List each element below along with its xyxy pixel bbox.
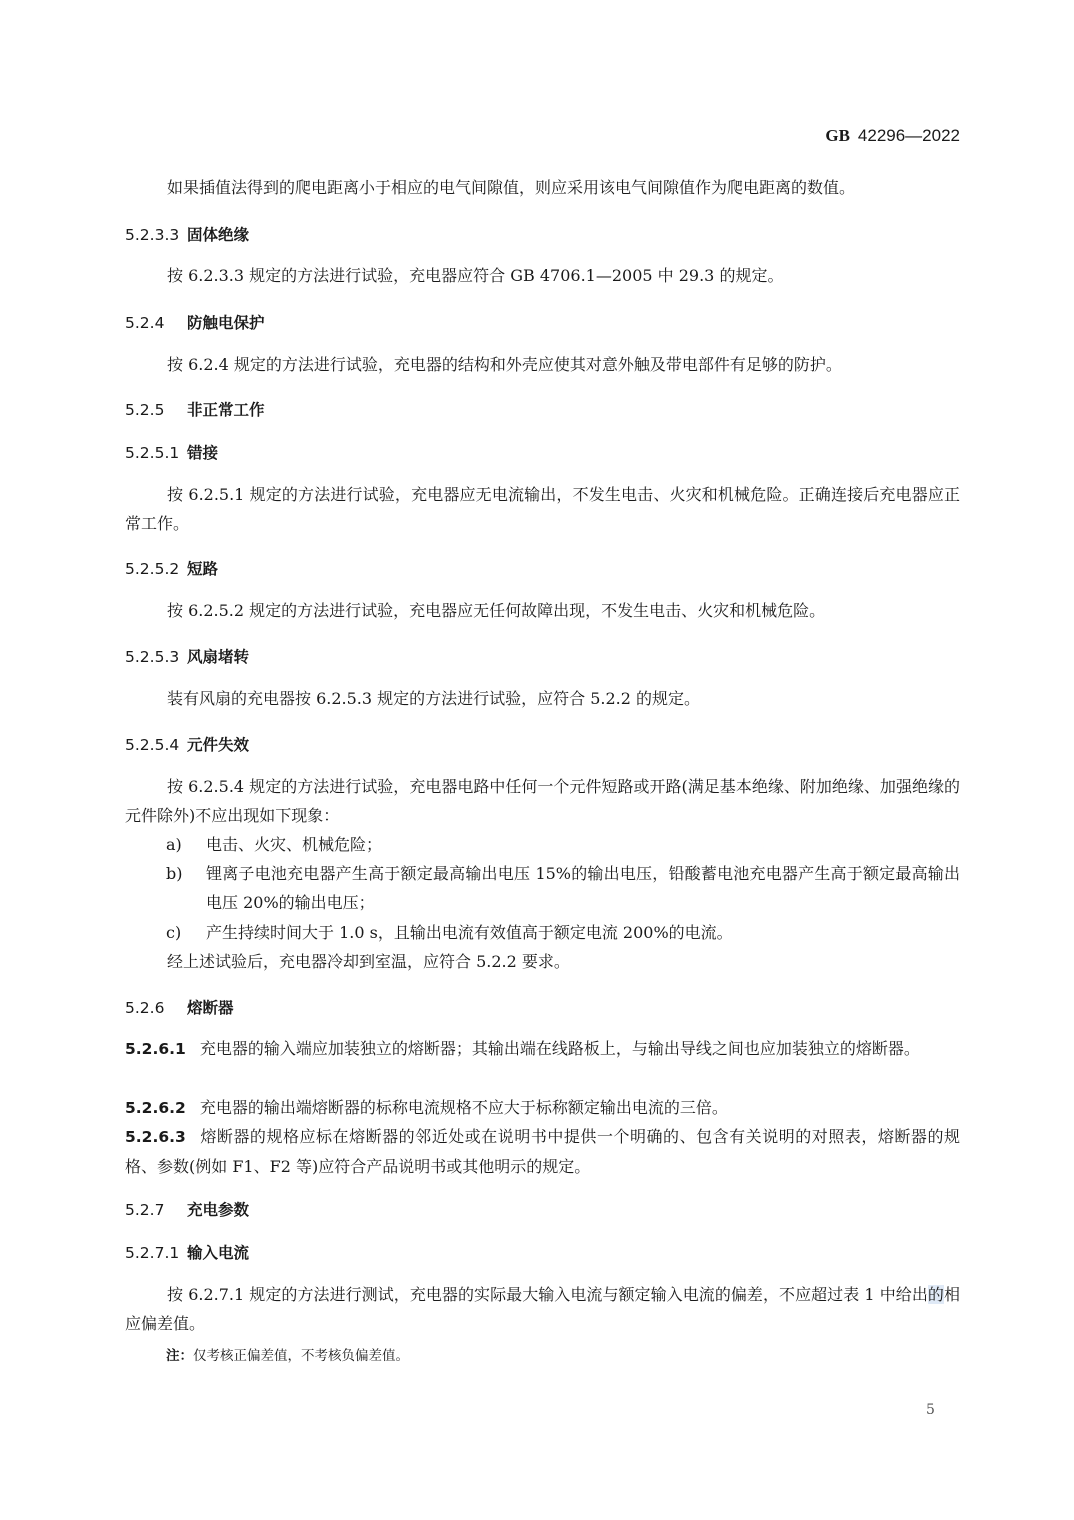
heading-title: 熔断器 (187, 999, 234, 1017)
heading-number: 5.2.5.2 (125, 560, 187, 578)
clause-number: 5.2.6.1 (125, 1040, 186, 1058)
heading-number: 5.2.7.1 (125, 1244, 187, 1262)
paragraph-5233: 按 6.2.3.3 规定的方法进行试验，充电器应符合 GB 4706.1—200… (125, 261, 960, 290)
list-text: 锂离子电池充电器产生高于额定最高输出电压 15%的输出电压，铅酸蓄电池充电器产生… (206, 859, 960, 917)
heading-527: 5.2.7充电参数 (125, 1198, 960, 1220)
paragraph-5252: 按 6.2.5.2 规定的方法进行试验，充电器应无任何故障出现，不发生电击、火灾… (125, 596, 960, 625)
heading-5233: 5.2.3.3固体绝缘 (125, 223, 960, 245)
heading-number: 5.2.5.1 (125, 444, 187, 462)
heading-number: 5.2.3.3 (125, 226, 187, 244)
clause-5261: 5.2.6.1充电器的输入端应加装独立的熔断器；其输出端在线路板上，与输出导线之… (125, 1034, 960, 1064)
paragraph-5271[interactable]: 按 6.2.7.1 规定的方法进行测试，充电器的实际最大输入电流与额定输入电流的… (125, 1280, 960, 1338)
paragraph-5254: 按 6.2.5.4 规定的方法进行试验，充电器电路中任何一个元件短路或开路(满足… (125, 772, 960, 830)
heading-title: 防触电保护 (187, 314, 265, 332)
heading-number: 5.2.6 (125, 999, 187, 1017)
list-item-c: c)产生持续时间大于 1.0 s，且输出电流有效值高于额定电流 200%的电流。 (166, 918, 960, 947)
heading-5252: 5.2.5.2短路 (125, 557, 960, 579)
heading-5251: 5.2.5.1错接 (125, 441, 960, 463)
heading-number: 5.2.7 (125, 1201, 187, 1219)
paragraph-interpolation: 如果插值法得到的爬电距离小于相应的电气间隙值，则应采用该电气间隙值作为爬电距离的… (125, 173, 960, 202)
paragraph-524: 按 6.2.4 规定的方法进行试验，充电器的结构和外壳应使其对意外触及带电部件有… (125, 350, 960, 379)
heading-5254: 5.2.5.4元件失效 (125, 733, 960, 755)
standard-prefix: GB (825, 126, 850, 145)
page-number: 5 (926, 1402, 935, 1418)
selected-text[interactable]: 的 (928, 1285, 944, 1304)
heading-number: 5.2.5.4 (125, 736, 187, 754)
standard-number: 42296—2022 (858, 126, 960, 145)
list-item-b: b) 锂离子电池充电器产生高于额定最高输出电压 15%的输出电压，铅酸蓄电池充电… (166, 859, 960, 917)
heading-524: 5.2.4防触电保护 (125, 311, 960, 333)
heading-title: 输入电流 (187, 1244, 249, 1262)
clause-5263: 5.2.6.3熔断器的规格应标在熔断器的邻近处或在说明书中提供一个明确的、包含有… (125, 1122, 960, 1181)
heading-number: 5.2.5 (125, 401, 187, 419)
heading-5271: 5.2.7.1输入电流 (125, 1241, 960, 1263)
list-item-a: a)电击、火灾、机械危险； (166, 830, 960, 859)
heading-number: 5.2.4 (125, 314, 187, 332)
heading-title: 非正常工作 (187, 401, 265, 419)
list-label: b) (166, 859, 206, 917)
heading-526: 5.2.6熔断器 (125, 996, 960, 1018)
list-text: 产生持续时间大于 1.0 s，且输出电流有效值高于额定电流 200%的电流。 (206, 923, 733, 942)
paragraph-5253: 装有风扇的充电器按 6.2.5.3 规定的方法进行试验，应符合 5.2.2 的规… (125, 684, 960, 713)
heading-title: 风扇堵转 (187, 648, 249, 666)
note: 注：仅考核正偏差值，不考核负偏差值。 (166, 1344, 409, 1364)
note-label: 注： (166, 1348, 193, 1364)
heading-title: 短路 (187, 560, 218, 578)
paragraph-text: 按 6.2.7.1 规定的方法进行测试，充电器的实际最大输入电流与额定输入电流的… (167, 1285, 928, 1304)
clause-5262: 5.2.6.2充电器的输出端熔断器的标称电流规格不应大于标称额定输出电流的三倍。 (125, 1093, 960, 1123)
list-text: 电击、火灾、机械危险； (206, 835, 382, 854)
heading-title: 固体绝缘 (187, 226, 249, 244)
paragraph-5254-after: 经上述试验后，充电器冷却到室温，应符合 5.2.2 要求。 (125, 947, 960, 976)
standard-header: GB42296—2022 (825, 126, 960, 146)
heading-title: 充电参数 (187, 1201, 249, 1219)
heading-525: 5.2.5非正常工作 (125, 398, 960, 420)
heading-title: 错接 (187, 444, 218, 462)
note-text: 仅考核正偏差值，不考核负偏差值。 (193, 1348, 409, 1364)
heading-number: 5.2.5.3 (125, 648, 187, 666)
heading-title: 元件失效 (187, 736, 249, 754)
paragraph-5251: 按 6.2.5.1 规定的方法进行试验，充电器应无电流输出，不发生电击、火灾和机… (125, 480, 960, 538)
list-label: c) (166, 918, 206, 947)
heading-5253: 5.2.5.3风扇堵转 (125, 645, 960, 667)
list-label: a) (166, 830, 206, 859)
clause-text: 充电器的输入端应加装独立的熔断器；其输出端在线路板上，与输出导线之间也应加装独立… (200, 1039, 920, 1058)
document-page: GB42296—2022 如果插值法得到的爬电距离小于相应的电气间隙值，则应采用… (0, 0, 1074, 1520)
clause-number: 5.2.6.3 (125, 1128, 186, 1146)
clause-number: 5.2.6.2 (125, 1099, 186, 1117)
clause-text: 充电器的输出端熔断器的标称电流规格不应大于标称额定输出电流的三倍。 (200, 1098, 728, 1117)
clause-text: 熔断器的规格应标在熔断器的邻近处或在说明书中提供一个明确的、包含有关说明的对照表… (125, 1127, 960, 1176)
